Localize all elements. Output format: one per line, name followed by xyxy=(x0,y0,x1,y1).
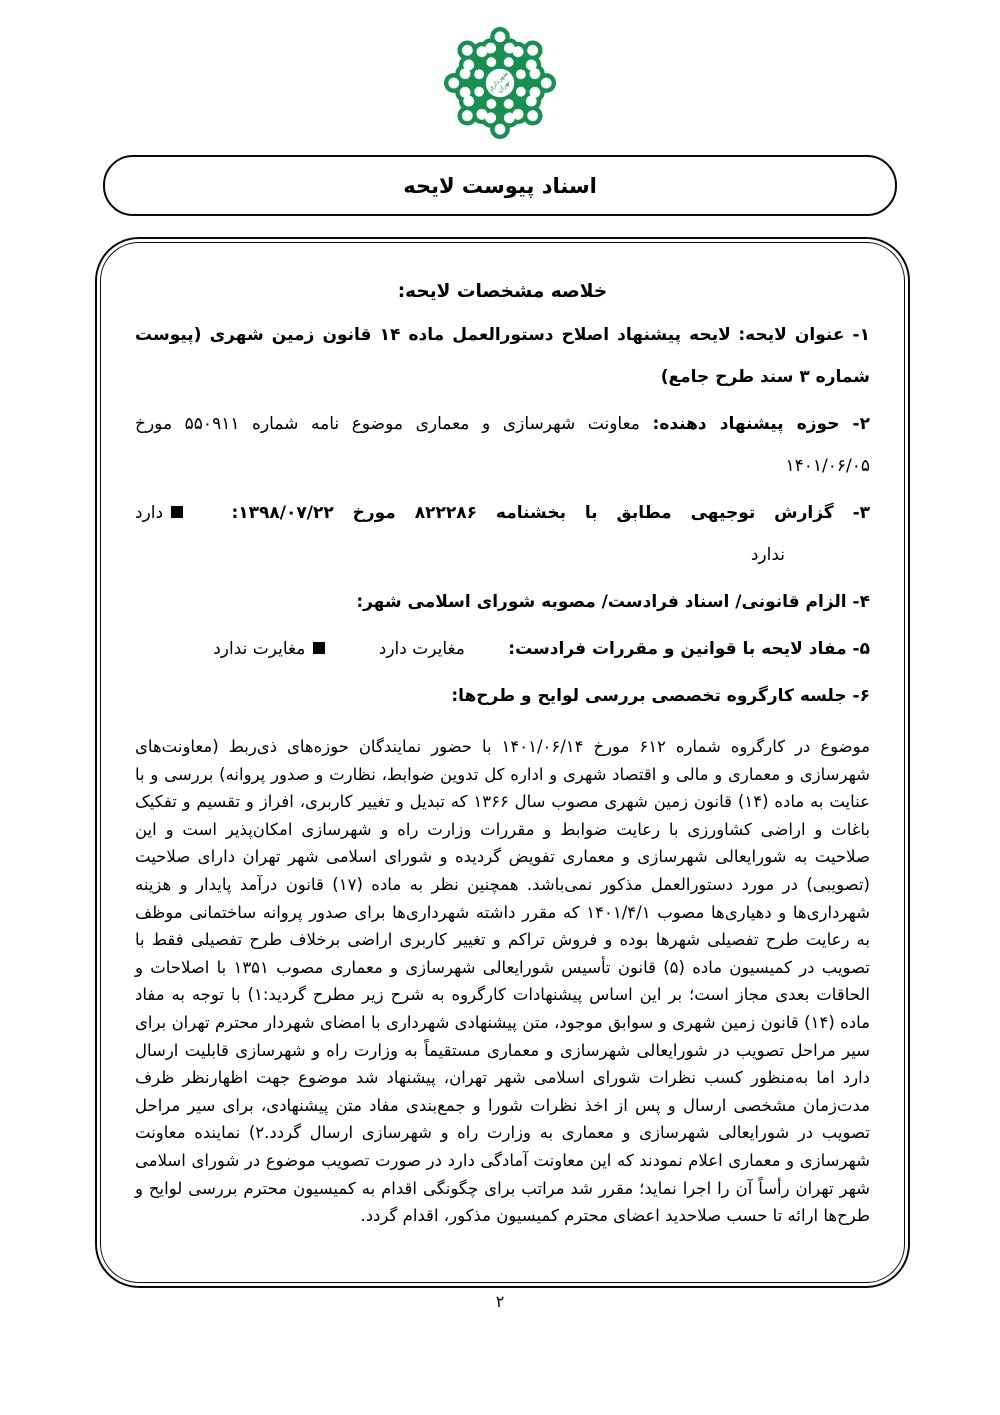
option-no-conflict: مغایرت ندارد xyxy=(213,639,325,659)
option-has-label: دارد xyxy=(135,503,163,523)
item-bill-title-label: ۱- عنوان لایحه: xyxy=(738,325,870,345)
header-banner: اسناد پیوست لایحه xyxy=(103,155,897,216)
option-has-conflict-label: مغایرت دارد xyxy=(379,639,465,659)
item-legal-requirement-label: ۴- الزام قانونی/ اسناد فرادست/ مصوبه شور… xyxy=(356,592,870,612)
tehran-municipality-logo-svg: شهرداری تهران xyxy=(440,24,560,142)
tehran-municipality-logo: شهرداری تهران xyxy=(440,24,560,142)
option-no-conflict-label: مغایرت ندارد xyxy=(213,639,305,659)
item-proposing-department: ۲- حوزه پیشنهاد دهنده: معاونت شهرسازی و … xyxy=(135,403,870,487)
option-has: دارد xyxy=(135,503,183,523)
item-justification-report: ۳- گزارش توجیهی مطابق با بخشنامه ۸۲۲۲۸۶ … xyxy=(135,492,870,576)
summary-title: خلاصه مشخصات لایحه: xyxy=(135,281,870,302)
filled-checkbox-icon xyxy=(171,506,183,518)
item-working-group-session: ۶- جلسه کارگروه تخصصی بررسی لوایح و طرح‌… xyxy=(135,675,870,717)
item-justification-report-label: ۳- گزارش توجیهی مطابق با بخشنامه ۸۲۲۲۸۶ … xyxy=(231,503,870,523)
item-proposing-department-label: ۲- حوزه پیشنهاد دهنده: xyxy=(653,414,871,434)
working-group-report-paragraph: موضوع در کارگروه شماره ۶۱۲ مورخ ۱۴۰۱/۰۶/… xyxy=(135,733,870,1230)
filled-checkbox-icon xyxy=(313,642,325,654)
option-has-not: ندارد xyxy=(751,545,785,565)
summary-box: خلاصه مشخصات لایحه: ۱- عنوان لایحه: لایح… xyxy=(95,237,910,1288)
option-has-conflict: مغایرت دارد xyxy=(379,639,465,659)
page-number: ۲ xyxy=(0,1292,1000,1311)
item-conflict-with-laws-label: ۵- مفاد لایحه با قوانین و مقررات فرادست: xyxy=(508,639,870,659)
item-bill-title: ۱- عنوان لایحه: لایحه پیشنهاد اصلاح دستو… xyxy=(135,314,870,398)
header-banner-title: اسناد پیوست لایحه xyxy=(403,174,597,198)
item-conflict-with-laws: ۵- مفاد لایحه با قوانین و مقررات فرادست:… xyxy=(135,628,870,670)
summary-box-inner: خلاصه مشخصات لایحه: ۱- عنوان لایحه: لایح… xyxy=(100,242,905,1283)
item-working-group-session-label: ۶- جلسه کارگروه تخصصی بررسی لوایح و طرح‌… xyxy=(451,686,870,706)
item-legal-requirement: ۴- الزام قانونی/ اسناد فرادست/ مصوبه شور… xyxy=(135,581,870,623)
option-has-not-label: ندارد xyxy=(751,545,785,565)
